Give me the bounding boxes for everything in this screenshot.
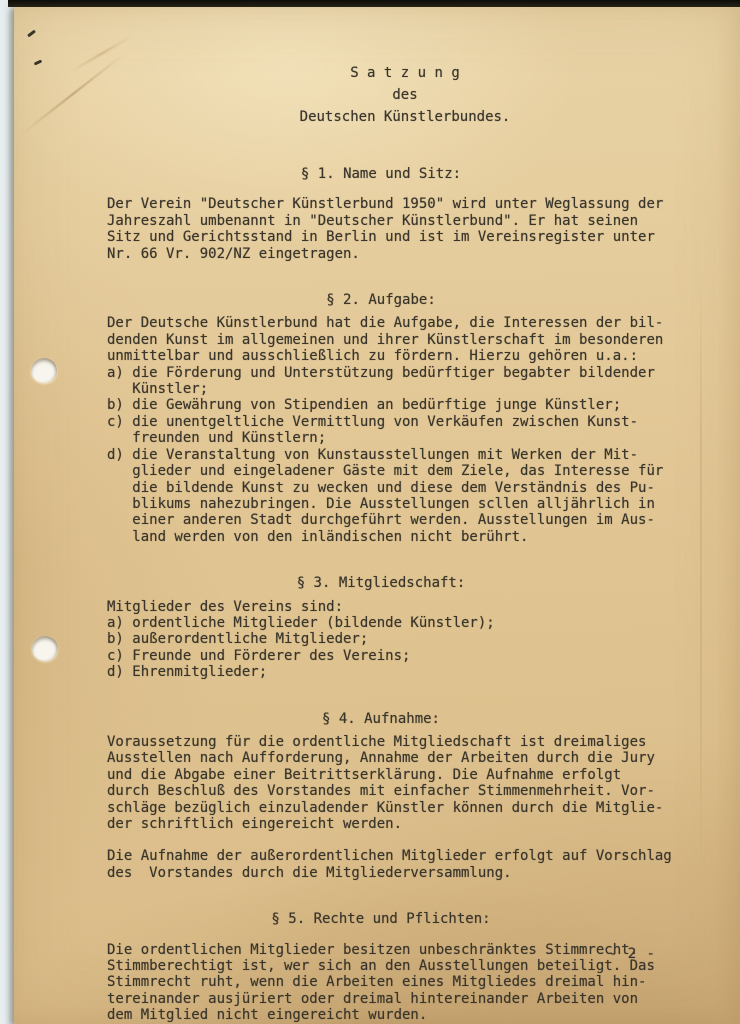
section-2-body: Der Deutsche Künstlerbund hat die Aufgab… — [107, 315, 655, 545]
section-1-heading: § 1. Name und Sitz: — [107, 166, 655, 182]
section-1-body: Der Verein "Deutscher Künstlerbund 1950"… — [107, 196, 655, 262]
document-page: S a t z u n gdesDeutschen Künstlerbundes… — [14, 5, 740, 1024]
staple-mark — [27, 30, 36, 38]
title-block: S a t z u n gdesDeutschen Künstlerbundes… — [107, 62, 655, 128]
vertical-fold-line — [700, 265, 702, 885]
doc-subtitle-org: Deutschen Künstlerbundes. — [155, 106, 655, 128]
doc-subtitle-des: des — [155, 84, 655, 106]
hole-punch-bottom — [32, 636, 58, 661]
section-4-heading: § 4. Aufnahme: — [107, 711, 655, 727]
doc-title: S a t z u n g — [155, 62, 655, 84]
hole-punch-top — [31, 358, 57, 383]
section-4-body-2: Die Aufnahme der außerordentlichen Mitgl… — [107, 848, 655, 881]
section-2-heading: § 2. Aufgabe: — [107, 292, 655, 308]
section-4-body: Voraussetzung für die ordentliche Mitgli… — [107, 734, 655, 832]
staple-mark — [34, 59, 43, 65]
section-5-body: Die ordentlichen Mitglieder besitzen unb… — [107, 942, 655, 1024]
section-3-heading: § 3. Mitgliedschaft: — [107, 575, 655, 591]
typewritten-content: S a t z u n gdesDeutschen Künstlerbundes… — [107, 62, 655, 1024]
section-5-heading: § 5. Rechte und Pflichten: — [107, 911, 655, 927]
page-number: - 2 - — [609, 946, 656, 962]
scan-dark-top-edge — [8, 0, 740, 7]
section-3-body: Mitglieder des Vereins sind: a) ordentli… — [107, 599, 655, 681]
